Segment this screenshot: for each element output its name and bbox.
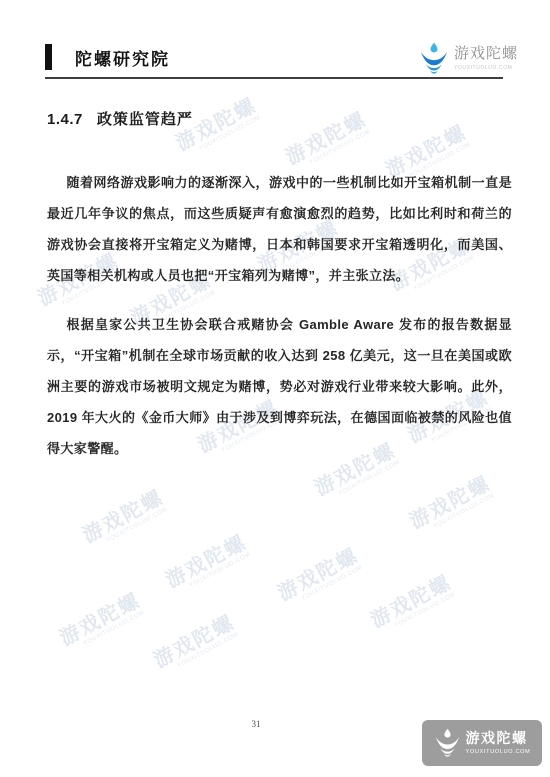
badge-brand-domain: YOUXITUOLUO.COM [466,749,531,755]
brand-name: 游戏陀螺 [454,46,518,63]
watermark: 游戏陀螺YOUXITUOLUO.COM [151,612,241,677]
section-number: 1.4.7 [47,111,83,128]
footer-badge: 游戏陀螺 YOUXITUOLUO.COM [422,720,542,766]
header-rule [45,77,503,79]
watermark: 游戏陀螺YOUXITUOLUO.COM [368,572,458,637]
badge-brand-name: 游戏陀螺 [466,731,531,746]
badge-text: 游戏陀螺 YOUXITUOLUO.COM [466,731,531,754]
header-accent-bar [45,44,52,70]
section-title: 政策监管趋严 [97,111,193,128]
brand-domain: YOUXITUOLUO.COM [454,65,518,71]
header-institute: 陀螺研究院 [45,44,170,70]
watermark: 游戏陀螺YOUXITUOLUO.COM [275,545,365,610]
watermark: 游戏陀螺YOUXITUOLUO.COM [57,590,147,655]
spinning-top-icon [434,728,461,758]
brand-logo: 游戏陀螺 YOUXITUOLUO.COM [419,42,518,75]
paragraph: 根据皇家公共卫生协会联合戒赌协会 Gamble Aware 发布的报告数据显示，… [47,309,512,464]
watermark: 游戏陀螺YOUXITUOLUO.COM [407,473,497,538]
institute-name: 陀螺研究院 [75,45,170,70]
spinning-top-icon [419,42,449,75]
watermark: 游戏陀螺YOUXITUOLUO.COM [80,487,170,552]
main-content: 1.4.7政策监管趋严 随着网络游戏影响力的逐渐深入，游戏中的一些机制比如开宝箱… [47,108,512,464]
brand-text: 游戏陀螺 YOUXITUOLUO.COM [454,42,518,71]
document-page: 游戏陀螺YOUXITUOLUO.COM游戏陀螺YOUXITUOLUO.COM游戏… [0,0,550,777]
paragraph: 随着网络游戏影响力的逐渐深入，游戏中的一些机制比如开宝箱机制一直是最近几年争议的… [47,167,512,291]
section-heading: 1.4.7政策监管趋严 [47,108,512,129]
watermark: 游戏陀螺YOUXITUOLUO.COM [163,532,253,597]
